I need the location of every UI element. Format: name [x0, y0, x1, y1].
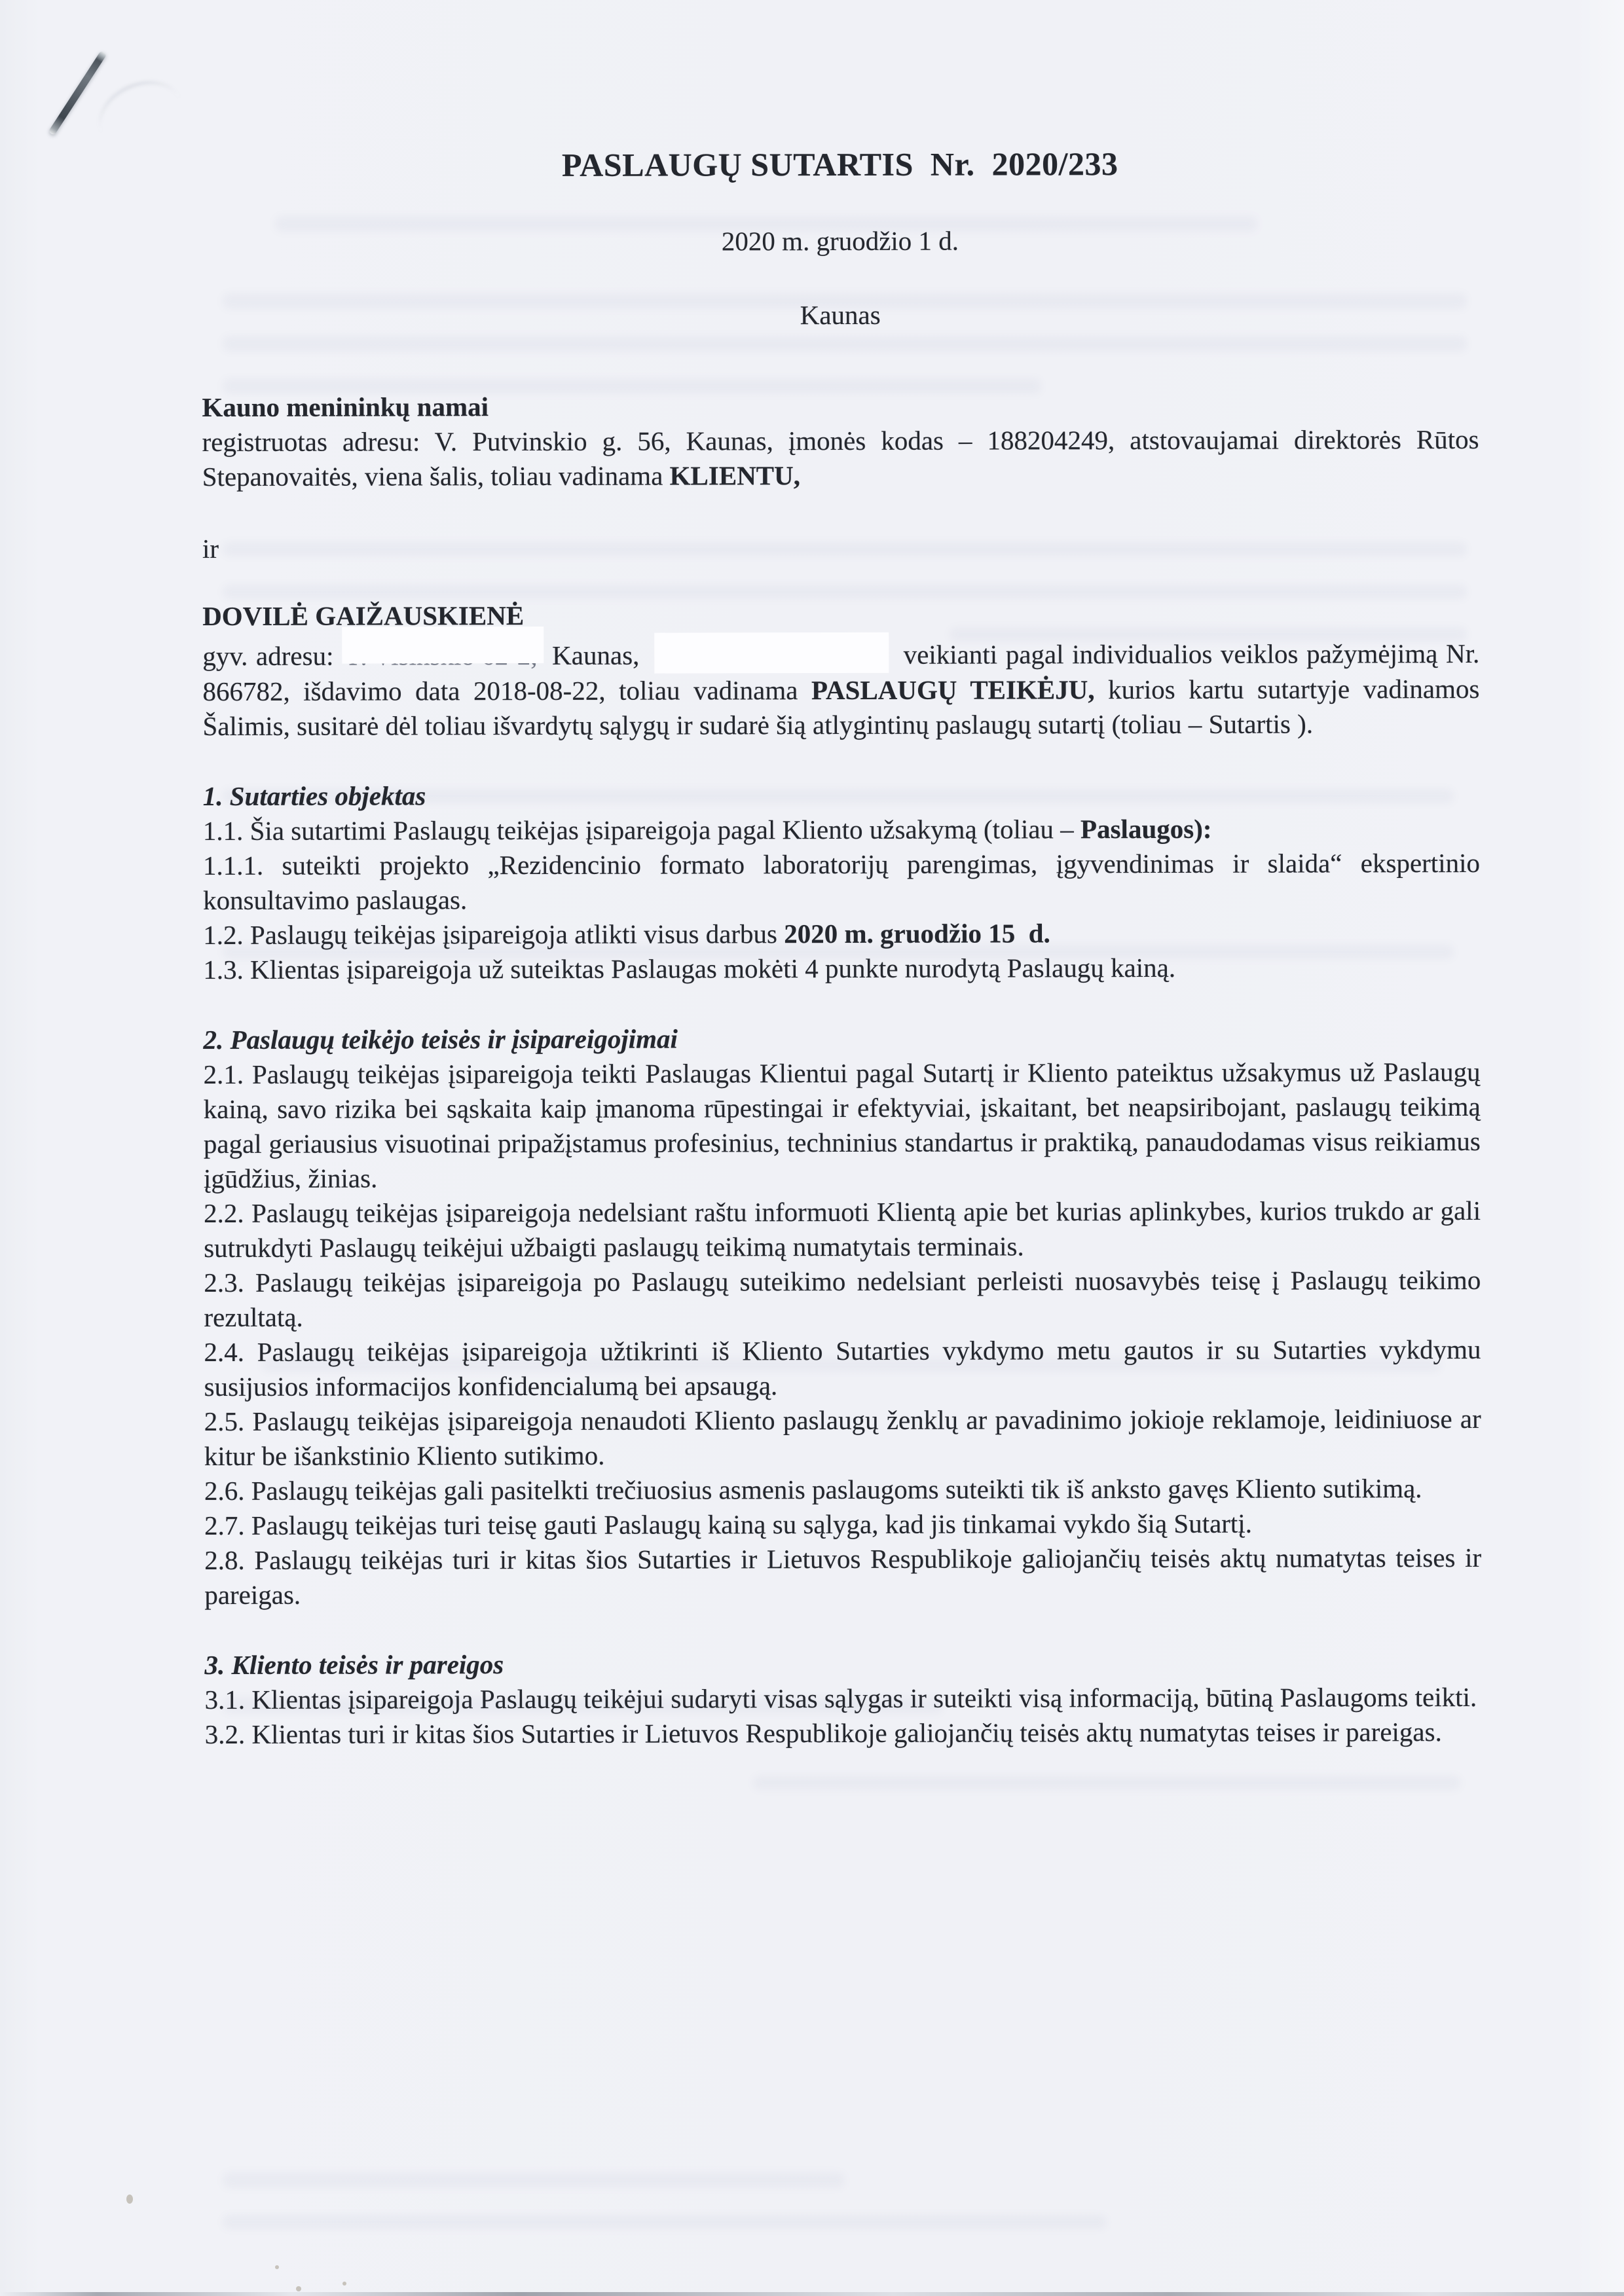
- bleedthrough-smear: [753, 1776, 1460, 1790]
- clause-bold-text: Paslaugos):: [1080, 814, 1212, 844]
- clause-text: 2.8. Paslaugų teikėjas turi ir kitas šio…: [204, 1542, 1481, 1610]
- section-heading: 2. Paslaugų teikėjo teisės ir įsipareigo…: [203, 1020, 1480, 1057]
- client-designation: KLIENTU,: [670, 460, 800, 490]
- clause-paragraph: 2.7. Paslaugų teikėjas turi teisę gauti …: [204, 1506, 1481, 1543]
- redacted-address-fragment: P. Višinskio 62-2,: [348, 640, 538, 671]
- bleedthrough-smear: [223, 2215, 1107, 2229]
- client-details-text: registruotas adresu: V. Putvinskio g. 56…: [202, 424, 1479, 492]
- scan-smudge: [89, 69, 193, 162]
- clause-paragraph: 1.2. Paslaugų teikėjas įsipareigoja atli…: [203, 915, 1480, 953]
- dust-speck: [342, 2282, 346, 2286]
- staple: [48, 50, 107, 136]
- provider-address-prefix: gyv. adresu:: [202, 641, 333, 671]
- section-heading: 1. Sutarties objektas: [203, 776, 1480, 814]
- clause-paragraph: 1.1.1. suteikti projekto „Rezidencinio f…: [203, 846, 1480, 918]
- section-heading: 3. Kliento teisės ir pareigos: [204, 1645, 1481, 1683]
- client-details-paragraph: registruotas adresu: V. Putvinskio g. 56…: [202, 422, 1479, 494]
- clause-paragraph: 1.1. Šia sutartimi Paslaugų teikėjas įsi…: [203, 811, 1480, 848]
- scanned-contract-page: PASLAUGŲ SUTARTIS Nr. 2020/233 2020 m. g…: [0, 0, 1624, 2296]
- contract-place: Kaunas: [202, 297, 1479, 334]
- clause-text: 2.5. Paslaugų teikėjas įsipareigoja nena…: [204, 1404, 1481, 1471]
- clause-paragraph: 2.3. Paslaugų teikėjas įsipareigoja po P…: [204, 1263, 1481, 1335]
- clause-text: 2.7. Paslaugų teikėjas turi teisę gauti …: [204, 1508, 1252, 1540]
- bleedthrough-smear: [223, 2172, 845, 2188]
- clause-text: 2.1. Paslaugų teikėjas įsipareigoja teik…: [204, 1057, 1481, 1194]
- provider-designation: PASLAUGŲ TEIKĖJU,: [811, 674, 1095, 705]
- clause-text: 2.4. Paslaugų teikėjas įsipareigoja užti…: [204, 1334, 1481, 1402]
- clause-text: 3.1. Klientas įsipareigoja Paslaugų teik…: [205, 1682, 1477, 1715]
- clause-paragraph: 2.2. Paslaugų teikėjas įsipareigoja nede…: [204, 1194, 1481, 1266]
- dust-speck: [296, 2286, 301, 2291]
- provider-address-city: Kaunas,: [552, 640, 639, 670]
- clause-paragraph: 1.3. Klientas įsipareigoja už suteiktas …: [203, 950, 1480, 987]
- clause-paragraph: 2.5. Paslaugų teikėjas įsipareigoja nena…: [204, 1402, 1481, 1474]
- contract-date: 2020 m. gruodžio 1 d.: [202, 223, 1479, 260]
- clause-text: 2.2. Paslaugų teikėjas įsipareigoja nede…: [204, 1195, 1481, 1263]
- clause-paragraph: 2.4. Paslaugų teikėjas įsipareigoja užti…: [204, 1332, 1481, 1404]
- redaction-box: [654, 632, 889, 674]
- clause-text: 3.2. Klientas turi ir kitas šios Sutarti…: [205, 1717, 1442, 1749]
- client-name: Kauno menininkų namai: [202, 388, 1479, 425]
- clause-text: 2.6. Paslaugų teikėjas gali pasitelkti t…: [204, 1473, 1422, 1506]
- provider-details-paragraph: gyv. adresu: P. Višinskio 62-2, Kaunas, …: [202, 631, 1479, 744]
- redaction-box-address: P. Višinskio 62-2,: [348, 638, 538, 674]
- clause-text: 1.1.1. suteikti projekto „Rezidencinio f…: [203, 848, 1480, 915]
- dust-speck: [275, 2265, 279, 2269]
- clause-paragraph: 3.2. Klientas turi ir kitas šios Sutarti…: [205, 1715, 1482, 1752]
- document-body: PASLAUGŲ SUTARTIS Nr. 2020/233 2020 m. g…: [201, 0, 1482, 1752]
- clause-paragraph: 2.1. Paslaugų teikėjas įsipareigoja teik…: [204, 1055, 1481, 1196]
- sections: 1. Sutarties objektas1.1. Šia sutartimi …: [203, 776, 1482, 1752]
- contract-title: PASLAUGŲ SUTARTIS Nr. 2020/233: [202, 144, 1479, 185]
- clause-text: 2.3. Paslaugų teikėjas įsipareigoja po P…: [204, 1265, 1481, 1332]
- clause-bold-text: 2020 m. gruodžio 15 d.: [784, 918, 1050, 949]
- clause-paragraph: 3.1. Klientas įsipareigoja Paslaugų teik…: [205, 1680, 1482, 1717]
- conjunction: ir: [202, 529, 1479, 566]
- clause-paragraph: 2.6. Paslaugų teikėjas gali pasitelkti t…: [204, 1471, 1481, 1508]
- clause-text: 1.1. Šia sutartimi Paslaugų teikėjas įsi…: [203, 814, 1080, 846]
- clause-text: 1.3. Klientas įsipareigoja už suteiktas …: [203, 953, 1175, 985]
- clause-text: 1.2. Paslaugų teikėjas įsipareigoja atli…: [203, 919, 784, 950]
- page-bottom-edge: [0, 2292, 1624, 2296]
- clause-paragraph: 2.8. Paslaugų teikėjas turi ir kitas šio…: [204, 1540, 1481, 1613]
- dust-speck: [126, 2195, 133, 2204]
